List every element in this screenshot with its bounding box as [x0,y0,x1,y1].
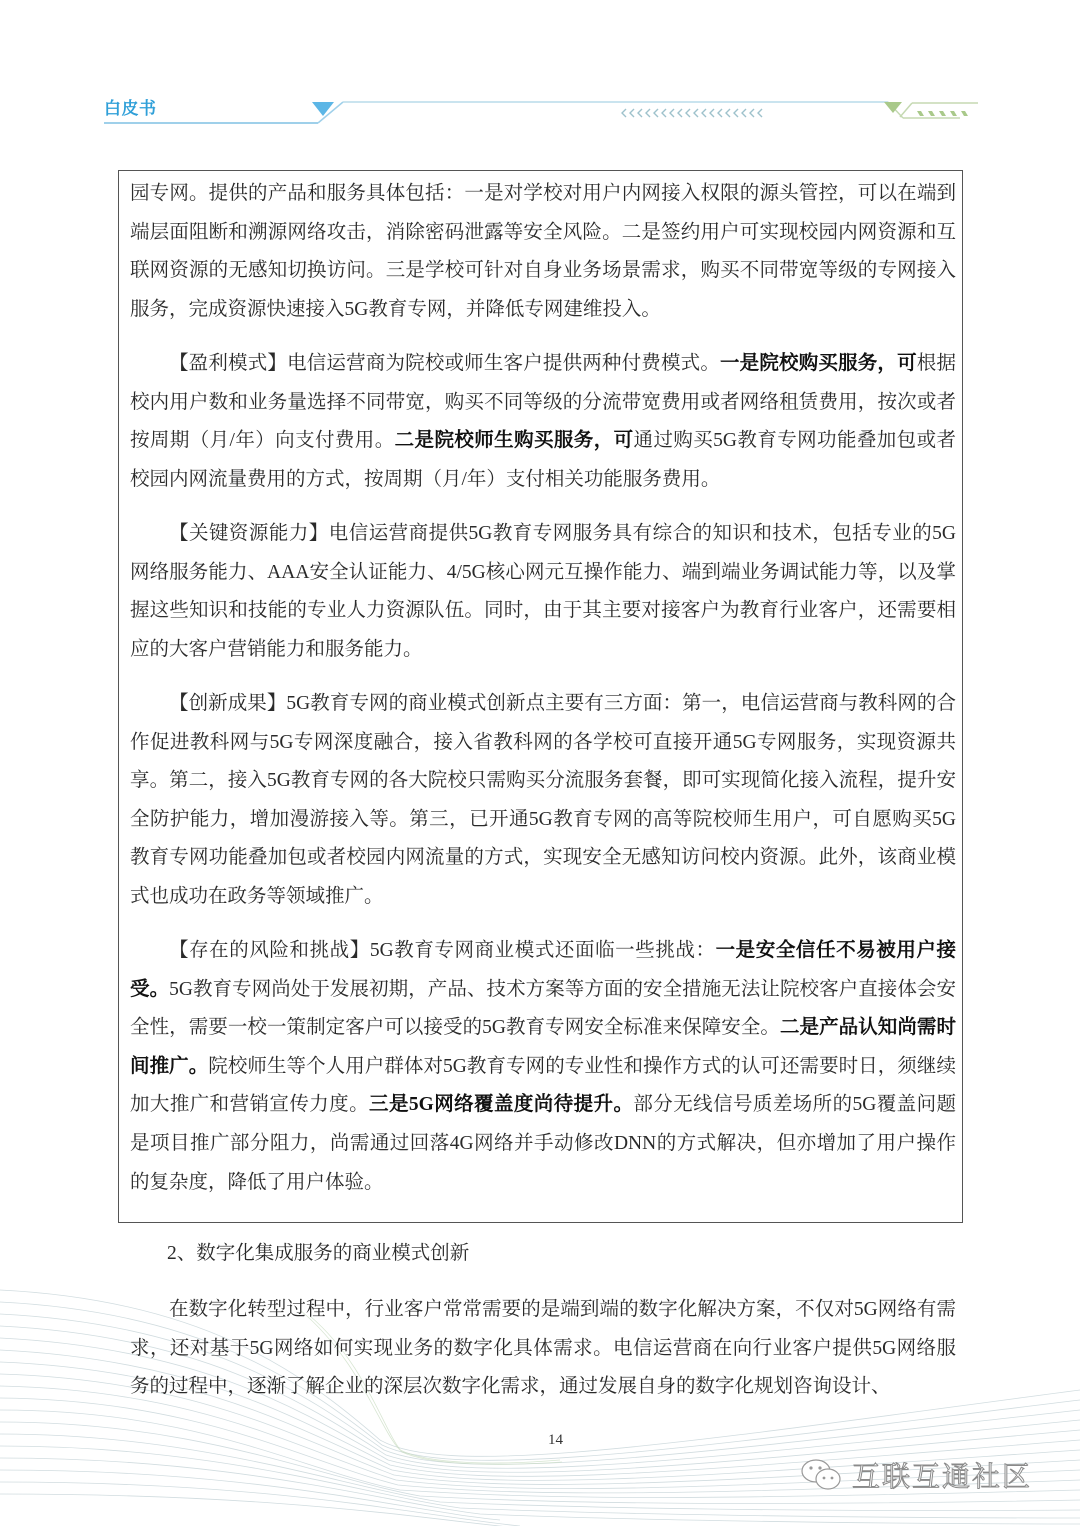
header-title: 白皮书 [104,94,157,119]
triangle-green-icon [884,102,902,113]
watermark: 互联互通社区 [800,1455,1032,1495]
section-heading: 2、数字化集成服务的商业模式创新 [167,1240,469,1268]
triangle-icon [312,102,334,116]
section-body: 在数字化转型过程中，行业客户常常需要的是端到端的数字化解决方案，不仅对5G网络有… [130,1291,956,1407]
paragraph-intro: 园专网。提供的产品和服务具体包括：一是对学校对用户内网接入权限的源头管控，可以在… [130,175,956,329]
paragraph-risks-challenges: 【存在的风险和挑战】5G教育专网商业模式还面临一些挑战：一是安全信任不易被用户接… [130,932,956,1202]
paragraph-profit-model: 【盈利模式】电信运营商为院校或师生客户提供两种付费模式。一是院校购买服务，可根据… [130,345,956,499]
wechat-icon [800,1457,844,1493]
header-decoration [0,0,1080,140]
page-header: 白皮书 [0,0,1080,140]
page-number: 14 [548,1432,563,1449]
paragraph-innovation-results: 【创新成果】5G教育专网的商业模式创新点主要有三方面：第一，电信运营商与教科网的… [130,685,956,917]
watermark-text: 互联互通社区 [852,1455,1032,1495]
paragraph-key-resources: 【关键资源能力】电信运营商提供5G教育专网服务具有综合的知识和技术，包括专业的5… [130,515,956,669]
